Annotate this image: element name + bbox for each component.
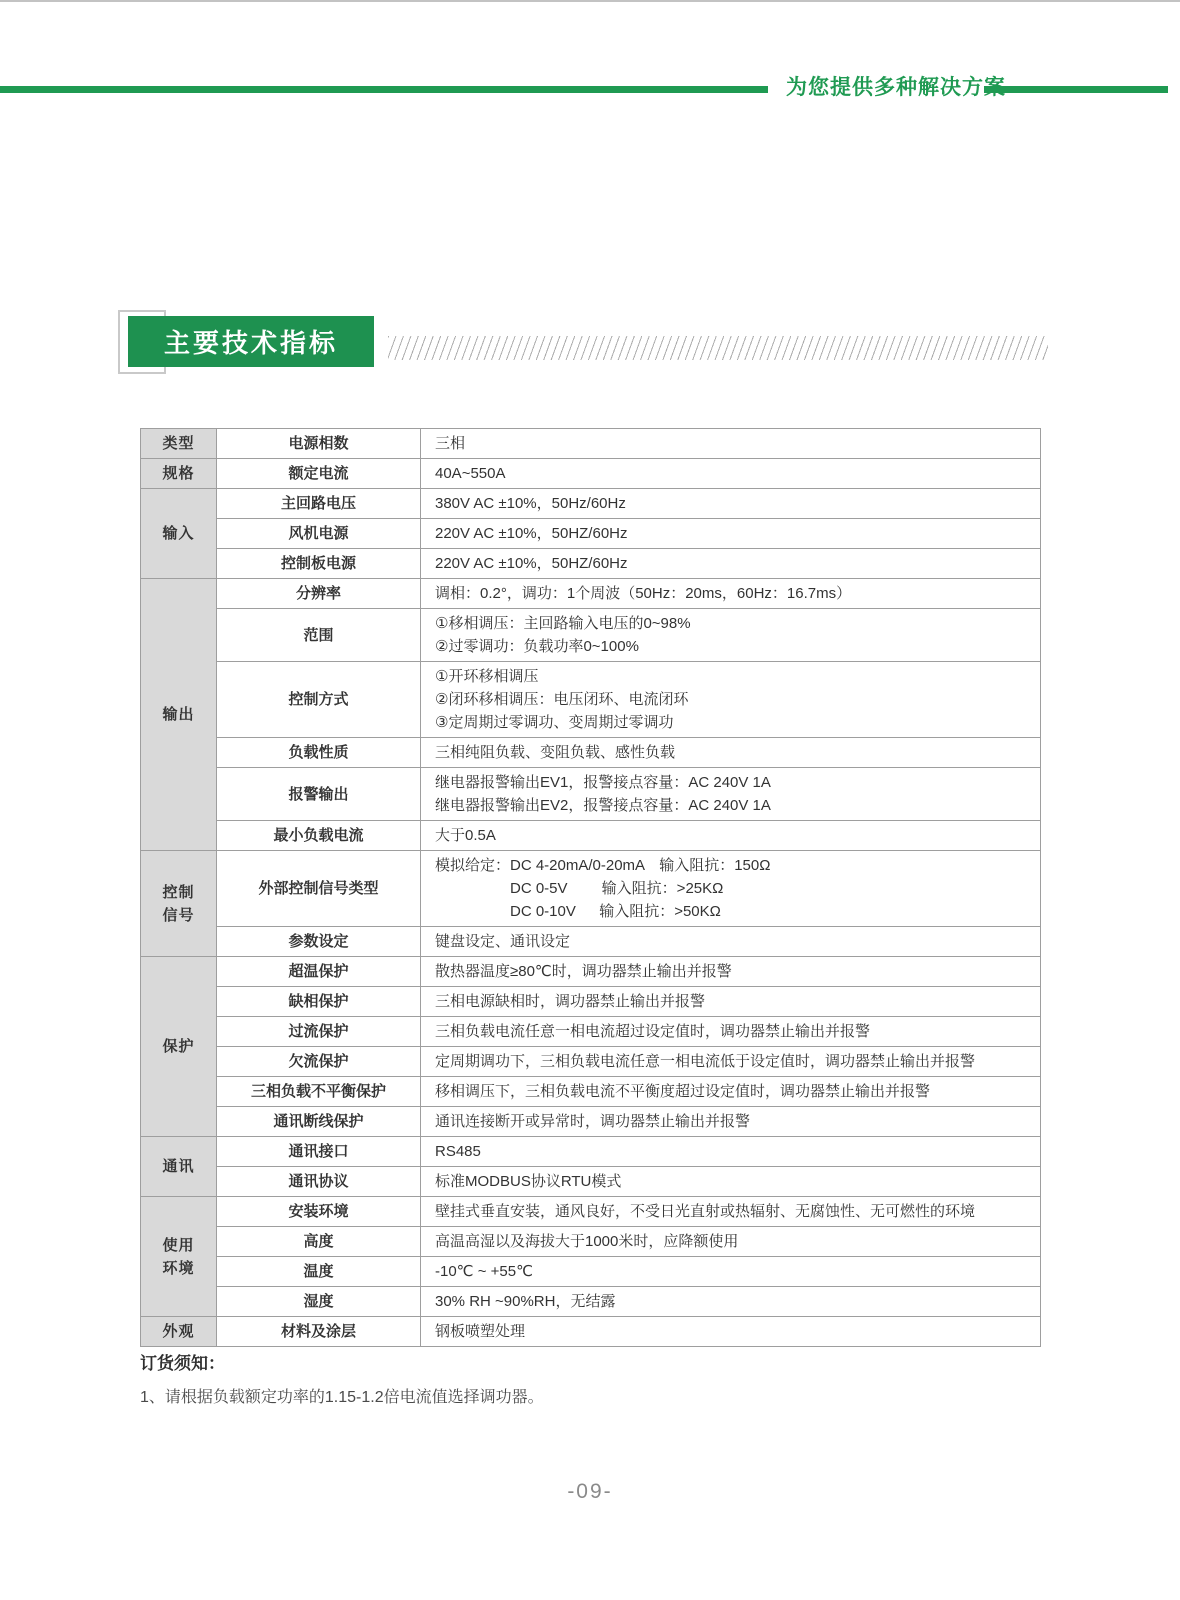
- order-notice-item: 1、请根据负载额定功率的1.15-1.2倍电流值选择调功器。: [140, 1384, 544, 1407]
- value-line: ②闭环移相调压：电压闭环、电流闭环: [435, 688, 1036, 711]
- item-cell: 范围: [217, 609, 421, 662]
- value-line: 继电器报警输出EV2，报警接点容量：AC 240V 1A: [435, 794, 1036, 817]
- value-cell: 继电器报警输出EV1，报警接点容量：AC 240V 1A继电器报警输出EV2，报…: [421, 768, 1041, 821]
- page-number: -09-: [0, 1480, 1180, 1504]
- item-cell: 湿度: [217, 1287, 421, 1317]
- item-cell: 缺相保护: [217, 987, 421, 1017]
- table-row: 缺相保护三相电源缺相时，调功器禁止输出并报警: [141, 987, 1041, 1017]
- item-cell: 主回路电压: [217, 489, 421, 519]
- table-row: 通讯通讯接口RS485: [141, 1137, 1041, 1167]
- value-cell: 220V AC ±10%，50HZ/60Hz: [421, 519, 1041, 549]
- table-row: 保护超温保护散热器温度≥80℃时，调功器禁止输出并报警: [141, 957, 1041, 987]
- item-cell: 控制板电源: [217, 549, 421, 579]
- value-line: 40A~550A: [435, 462, 1036, 485]
- value-cell: -10℃ ~ +55℃: [421, 1257, 1041, 1287]
- table-row: 输出分辨率调相：0.2°，调功：1个周波（50Hz：20ms，60Hz：16.7…: [141, 579, 1041, 609]
- item-cell: 通讯协议: [217, 1167, 421, 1197]
- value-cell: 钢板喷塑处理: [421, 1317, 1041, 1347]
- value-line: 键盘设定、通讯设定: [435, 930, 1036, 953]
- item-cell: 温度: [217, 1257, 421, 1287]
- value-line: 通讯连接断开或异常时，调功器禁止输出并报警: [435, 1110, 1036, 1133]
- value-line: 散热器温度≥80℃时，调功器禁止输出并报警: [435, 960, 1036, 983]
- category-cell: 类型: [141, 429, 217, 459]
- value-line: 30% RH ~90%RH，无结露: [435, 1290, 1036, 1313]
- item-cell: 材料及涂层: [217, 1317, 421, 1347]
- value-cell: 通讯连接断开或异常时，调功器禁止输出并报警: [421, 1107, 1041, 1137]
- value-cell: 标准MODBUS协议RTU模式: [421, 1167, 1041, 1197]
- item-cell: 外部控制信号类型: [217, 851, 421, 927]
- table-row: 欠流保护定周期调功下，三相负载电流任意一相电流低于设定值时，调功器禁止输出并报警: [141, 1047, 1041, 1077]
- hatch-decoration: [388, 336, 1048, 360]
- value-cell: ①移相调压：主回路输入电压的0~98%②过零调功：负载功率0~100%: [421, 609, 1041, 662]
- item-cell: 参数设定: [217, 927, 421, 957]
- value-cell: 定周期调功下，三相负载电流任意一相电流低于设定值时，调功器禁止输出并报警: [421, 1047, 1041, 1077]
- item-cell: 额定电流: [217, 459, 421, 489]
- value-cell: 壁挂式垂直安装，通风良好，不受日光直射或热辐射、无腐蚀性、无可燃性的环境: [421, 1197, 1041, 1227]
- item-cell: 超温保护: [217, 957, 421, 987]
- value-cell: 三相电源缺相时，调功器禁止输出并报警: [421, 987, 1041, 1017]
- category-cell: 外观: [141, 1317, 217, 1347]
- item-cell: 最小负载电流: [217, 821, 421, 851]
- value-cell: 模拟给定：DC 4-20mA/0-20mA 输入阻抗：150Ω DC 0-5V …: [421, 851, 1041, 927]
- value-line: 定周期调功下，三相负载电流任意一相电流低于设定值时，调功器禁止输出并报警: [435, 1050, 1036, 1073]
- value-line: 模拟给定：DC 4-20mA/0-20mA 输入阻抗：150Ω: [435, 854, 1036, 877]
- table-row: 高度高温高湿以及海拔大于1000米时，应降额使用: [141, 1227, 1041, 1257]
- category-cell: 通讯: [141, 1137, 217, 1197]
- value-line: DC 0-10V 输入阻抗：>50KΩ: [435, 900, 1036, 923]
- item-cell: 电源相数: [217, 429, 421, 459]
- value-cell: 键盘设定、通讯设定: [421, 927, 1041, 957]
- table-row: 外观材料及涂层钢板喷塑处理: [141, 1317, 1041, 1347]
- value-line: 继电器报警输出EV1，报警接点容量：AC 240V 1A: [435, 771, 1036, 794]
- value-cell: 高温高湿以及海拔大于1000米时，应降额使用: [421, 1227, 1041, 1257]
- item-cell: 报警输出: [217, 768, 421, 821]
- value-line: 调相：0.2°，调功：1个周波（50Hz：20ms，60Hz：16.7ms）: [435, 582, 1036, 605]
- value-line: 标准MODBUS协议RTU模式: [435, 1170, 1036, 1193]
- table-row: 湿度30% RH ~90%RH，无结露: [141, 1287, 1041, 1317]
- value-line: 移相调压下，三相负载电流不平衡度超过设定值时，调功器禁止输出并报警: [435, 1080, 1036, 1103]
- value-cell: 移相调压下，三相负载电流不平衡度超过设定值时，调功器禁止输出并报警: [421, 1077, 1041, 1107]
- value-line: 380V AC ±10%，50Hz/60Hz: [435, 492, 1036, 515]
- value-line: 壁挂式垂直安装，通风良好，不受日光直射或热辐射、无腐蚀性、无可燃性的环境: [435, 1200, 1036, 1223]
- item-cell: 控制方式: [217, 662, 421, 738]
- table-row: 控制板电源220V AC ±10%，50HZ/60Hz: [141, 549, 1041, 579]
- value-cell: RS485: [421, 1137, 1041, 1167]
- value-line: 三相电源缺相时，调功器禁止输出并报警: [435, 990, 1036, 1013]
- value-line: 钢板喷塑处理: [435, 1320, 1036, 1343]
- item-cell: 通讯接口: [217, 1137, 421, 1167]
- item-cell: 安装环境: [217, 1197, 421, 1227]
- spec-table-container: 类型电源相数三相规格额定电流40A~550A输入主回路电压380V AC ±10…: [140, 428, 1040, 1347]
- table-row: 控制方式①开环移相调压②闭环移相调压：电压闭环、电流闭环③定周期过零调功、变周期…: [141, 662, 1041, 738]
- value-cell: 220V AC ±10%，50HZ/60Hz: [421, 549, 1041, 579]
- value-line: 三相负载电流任意一相电流超过设定值时，调功器禁止输出并报警: [435, 1020, 1036, 1043]
- value-cell: 大于0.5A: [421, 821, 1041, 851]
- value-line: DC 0-5V 输入阻抗：>25KΩ: [435, 877, 1036, 900]
- table-row: 参数设定键盘设定、通讯设定: [141, 927, 1041, 957]
- section-title: 主要技术指标: [164, 323, 338, 360]
- page-top-border: [0, 0, 1180, 2]
- table-row: 使用 环境安装环境壁挂式垂直安装，通风良好，不受日光直射或热辐射、无腐蚀性、无可…: [141, 1197, 1041, 1227]
- item-cell: 过流保护: [217, 1017, 421, 1047]
- value-cell: 三相纯阻负载、变阻负载、感性负载: [421, 738, 1041, 768]
- value-line: 三相: [435, 432, 1036, 455]
- value-cell: ①开环移相调压②闭环移相调压：电压闭环、电流闭环③定周期过零调功、变周期过零调功: [421, 662, 1041, 738]
- header-tagline: 为您提供多种解决方案: [786, 71, 984, 101]
- value-line: 220V AC ±10%，50HZ/60Hz: [435, 522, 1036, 545]
- table-row: 通讯协议标准MODBUS协议RTU模式: [141, 1167, 1041, 1197]
- spec-table: 类型电源相数三相规格额定电流40A~550A输入主回路电压380V AC ±10…: [140, 428, 1041, 1347]
- value-line: ①移相调压：主回路输入电压的0~98%: [435, 612, 1036, 635]
- item-cell: 高度: [217, 1227, 421, 1257]
- item-cell: 分辨率: [217, 579, 421, 609]
- table-row: 负载性质三相纯阻负载、变阻负载、感性负载: [141, 738, 1041, 768]
- table-row: 类型电源相数三相: [141, 429, 1041, 459]
- value-cell: 40A~550A: [421, 459, 1041, 489]
- value-cell: 三相: [421, 429, 1041, 459]
- table-row: 规格额定电流40A~550A: [141, 459, 1041, 489]
- value-line: 220V AC ±10%，50HZ/60Hz: [435, 552, 1036, 575]
- value-line: 大于0.5A: [435, 824, 1036, 847]
- value-cell: 380V AC ±10%，50Hz/60Hz: [421, 489, 1041, 519]
- value-line: -10℃ ~ +55℃: [435, 1260, 1036, 1283]
- category-cell: 输出: [141, 579, 217, 851]
- value-line: ①开环移相调压: [435, 665, 1036, 688]
- header-rule-right: [984, 86, 1168, 93]
- item-cell: 通讯断线保护: [217, 1107, 421, 1137]
- value-line: 高温高湿以及海拔大于1000米时，应降额使用: [435, 1230, 1036, 1253]
- table-row: 风机电源220V AC ±10%，50HZ/60Hz: [141, 519, 1041, 549]
- header-rule-left: [0, 86, 768, 93]
- category-cell: 规格: [141, 459, 217, 489]
- value-cell: 三相负载电流任意一相电流超过设定值时，调功器禁止输出并报警: [421, 1017, 1041, 1047]
- section-title-banner: 主要技术指标: [128, 316, 374, 367]
- table-row: 范围①移相调压：主回路输入电压的0~98%②过零调功：负载功率0~100%: [141, 609, 1041, 662]
- value-line: ③定周期过零调功、变周期过零调功: [435, 711, 1036, 734]
- value-line: RS485: [435, 1140, 1036, 1163]
- value-cell: 30% RH ~90%RH，无结露: [421, 1287, 1041, 1317]
- table-row: 三相负载不平衡保护移相调压下，三相负载电流不平衡度超过设定值时，调功器禁止输出并…: [141, 1077, 1041, 1107]
- table-row: 控制 信号外部控制信号类型模拟给定：DC 4-20mA/0-20mA 输入阻抗：…: [141, 851, 1041, 927]
- value-cell: 散热器温度≥80℃时，调功器禁止输出并报警: [421, 957, 1041, 987]
- table-row: 通讯断线保护通讯连接断开或异常时，调功器禁止输出并报警: [141, 1107, 1041, 1137]
- category-cell: 控制 信号: [141, 851, 217, 957]
- table-row: 过流保护三相负载电流任意一相电流超过设定值时，调功器禁止输出并报警: [141, 1017, 1041, 1047]
- table-row: 最小负载电流大于0.5A: [141, 821, 1041, 851]
- category-cell: 使用 环境: [141, 1197, 217, 1317]
- table-row: 温度-10℃ ~ +55℃: [141, 1257, 1041, 1287]
- value-cell: 调相：0.2°，调功：1个周波（50Hz：20ms，60Hz：16.7ms）: [421, 579, 1041, 609]
- table-row: 输入主回路电压380V AC ±10%，50Hz/60Hz: [141, 489, 1041, 519]
- table-row: 报警输出继电器报警输出EV1，报警接点容量：AC 240V 1A继电器报警输出E…: [141, 768, 1041, 821]
- item-cell: 三相负载不平衡保护: [217, 1077, 421, 1107]
- item-cell: 欠流保护: [217, 1047, 421, 1077]
- order-notice-title: 订货须知：: [140, 1349, 225, 1374]
- item-cell: 负载性质: [217, 738, 421, 768]
- category-cell: 保护: [141, 957, 217, 1137]
- item-cell: 风机电源: [217, 519, 421, 549]
- category-cell: 输入: [141, 489, 217, 579]
- value-line: 三相纯阻负载、变阻负载、感性负载: [435, 741, 1036, 764]
- value-line: ②过零调功：负载功率0~100%: [435, 635, 1036, 658]
